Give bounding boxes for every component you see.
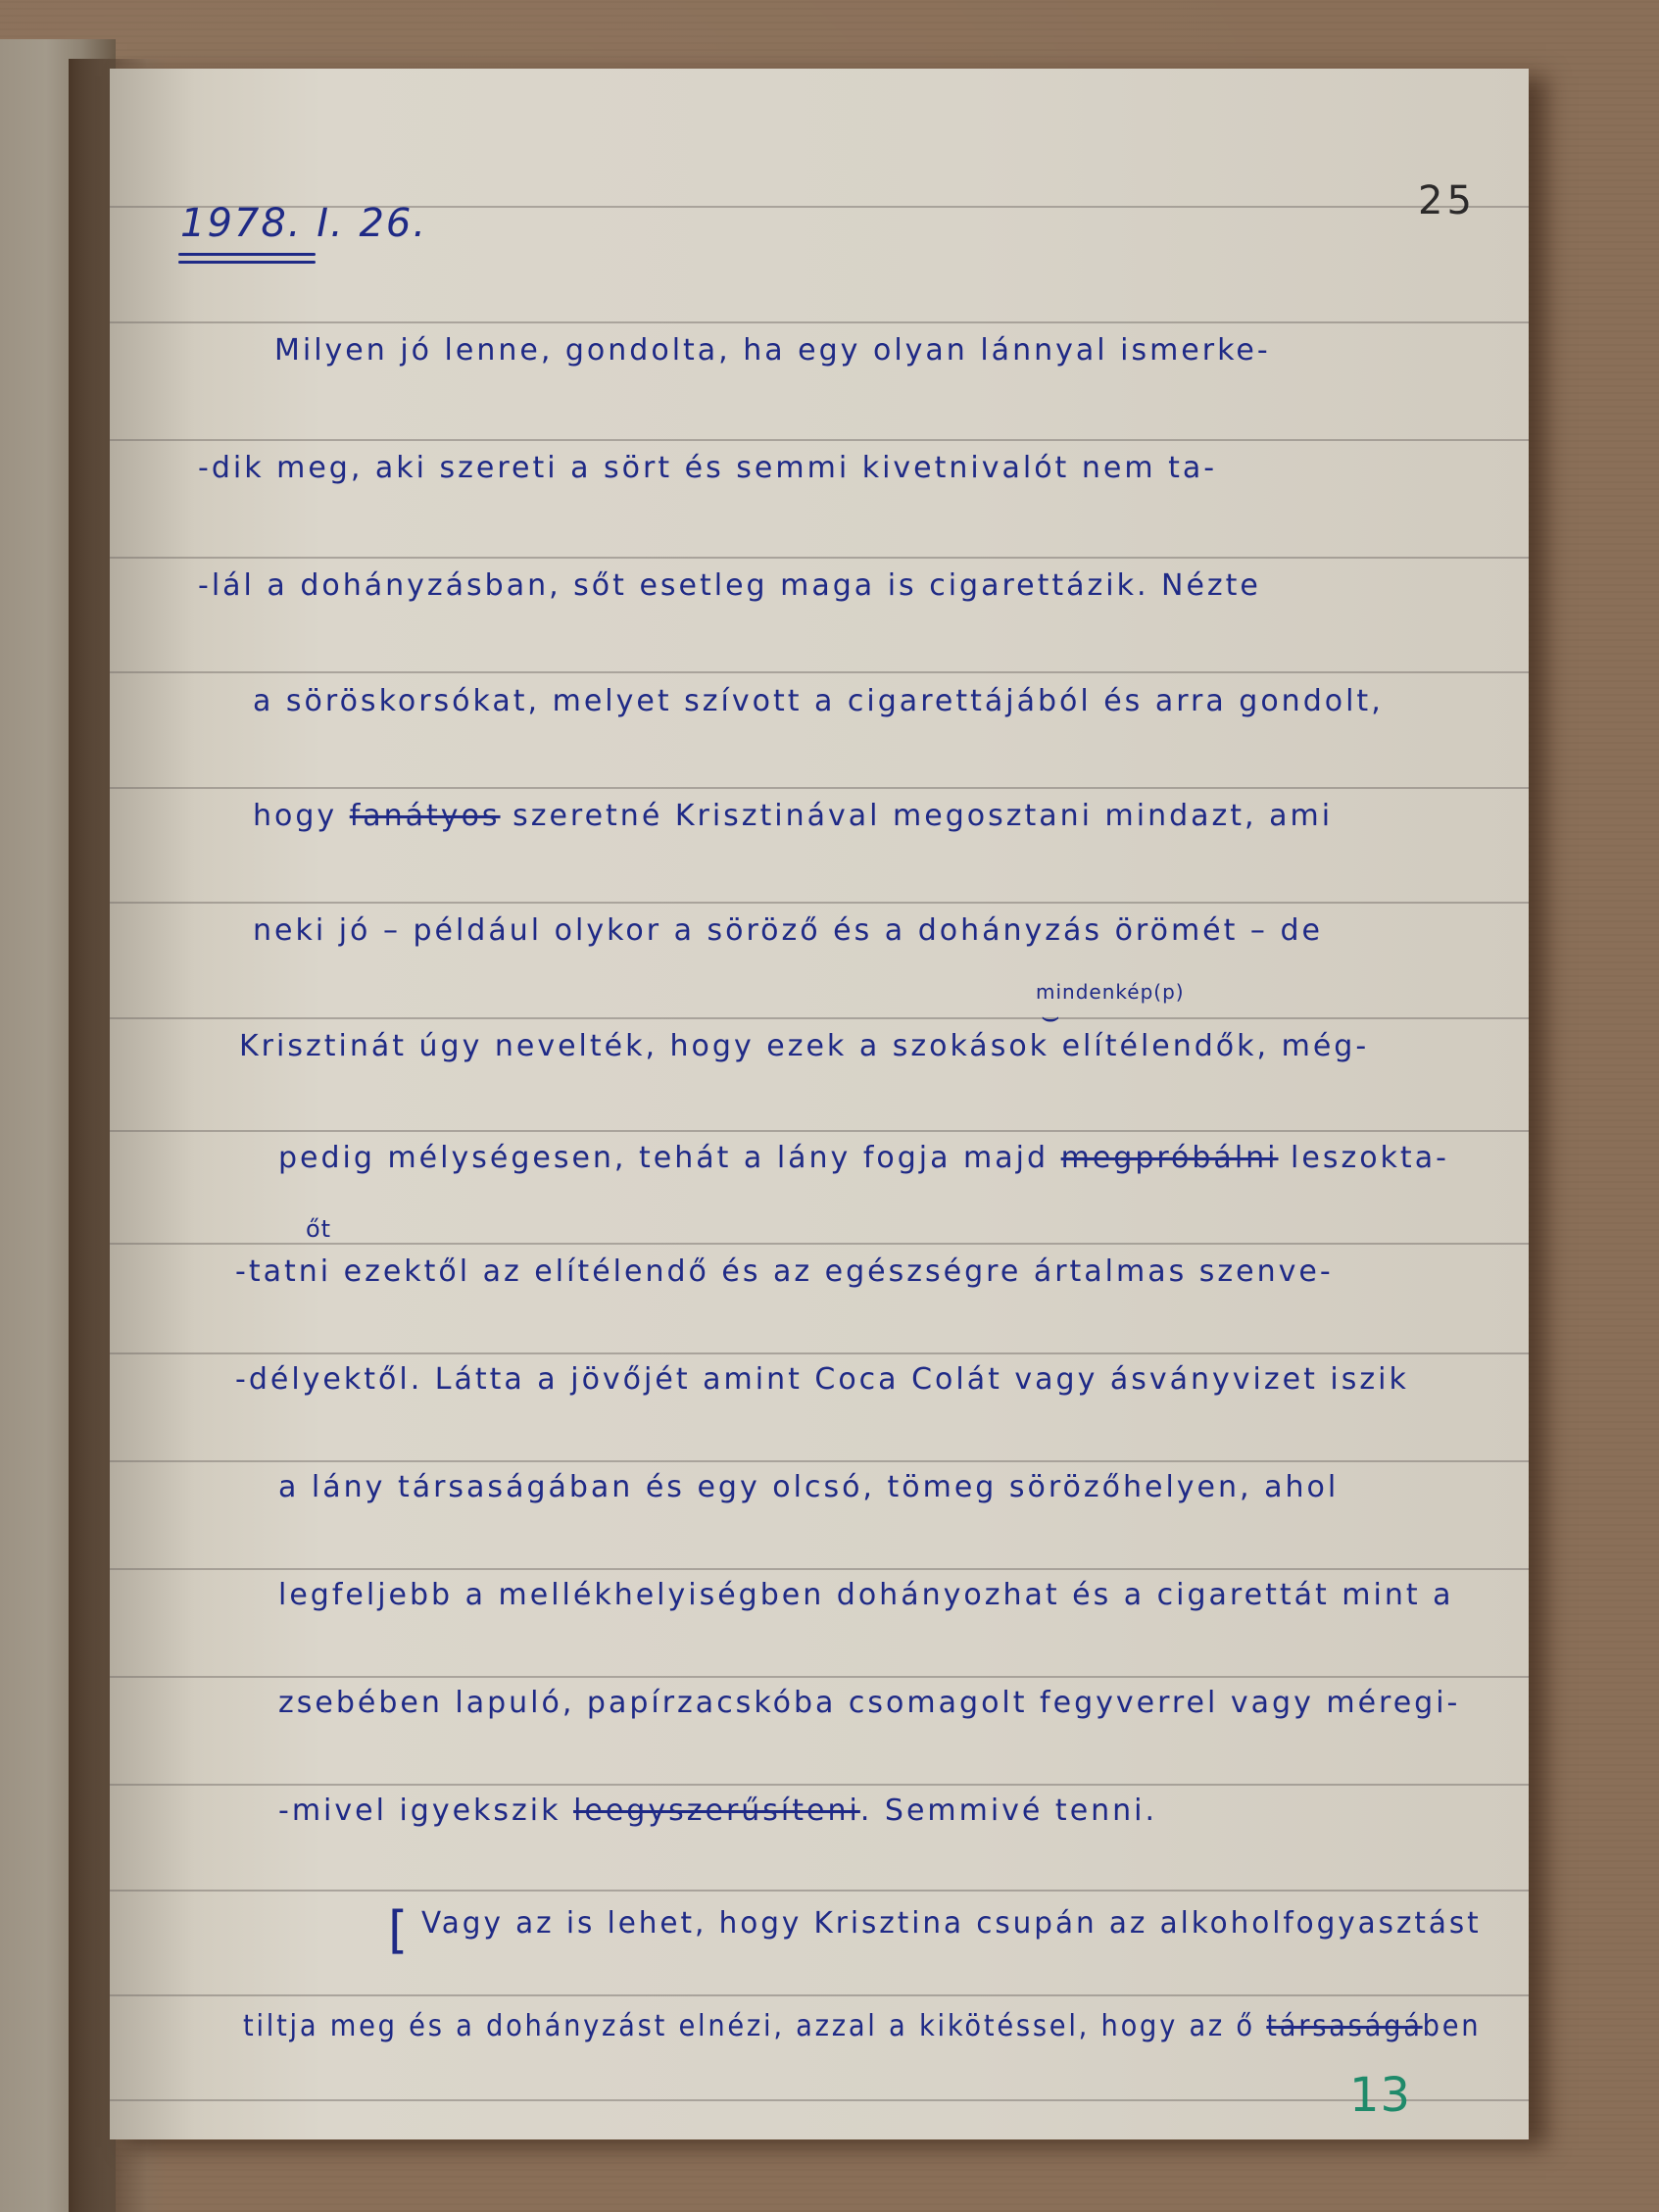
struck-word: fanátyos (350, 799, 501, 833)
ruled-line (110, 1676, 1529, 1678)
text-segment: hogy (253, 799, 350, 833)
ruled-line (110, 1890, 1529, 1892)
text-line-3: -lál a dohányzásban, sőt esetleg maga is… (198, 568, 1261, 603)
text-line-7: Krisztinát úgy nevelték, hogy ezek a szo… (239, 1029, 1369, 1063)
page-number-top: 25 (1418, 178, 1476, 223)
ruled-line (110, 557, 1529, 559)
text-line-4: a söröskorsókat, melyet szívott a cigare… (253, 684, 1384, 718)
text-line-11: a lány társaságában és egy olcsó, tömeg … (278, 1470, 1339, 1504)
text-line-5: hogy fanátyos szeretné Krisztinával mego… (253, 799, 1333, 833)
ruled-line (110, 1017, 1529, 1019)
text-segment: pedig mélységesen, tehát a lány fogja ma… (278, 1141, 1061, 1175)
text-segment: . Semmivé tenni. (860, 1794, 1157, 1828)
page-number-bottom: 13 (1349, 2068, 1411, 2123)
date-underline (178, 253, 316, 256)
insertion-note: őt (306, 1215, 331, 1243)
text-line-1: Milyen jó lenne, gondolta, ha egy olyan … (274, 333, 1271, 368)
text-segment: tiltja meg és a dohányzást elnézi, azzal… (243, 2009, 1266, 2043)
text-segment: szeretné Krisztinával megosztani mindazt… (501, 799, 1334, 833)
ruled-line (110, 1460, 1529, 1462)
ruled-line (110, 1784, 1529, 1786)
ruled-line (110, 902, 1529, 904)
ruled-line (110, 1352, 1529, 1354)
date-underline (178, 261, 316, 264)
text-segment: Krisztinát úgy nevelték, hogy ezek a szo… (239, 1029, 1062, 1063)
notebook-page: 25 1978. I. 26. Milyen jó lenne, gondolt… (110, 69, 1529, 2139)
ruled-line (110, 1130, 1529, 1132)
text-line-10: -délyektől. Látta a jövőjét amint Coca C… (235, 1362, 1409, 1397)
ruled-line (110, 787, 1529, 789)
text-segment: -mivel igyekszik (278, 1794, 573, 1828)
text-line-13: zsebében lapuló, papírzacskóba csomagolt… (278, 1686, 1460, 1720)
date-heading: 1978. I. 26. (180, 201, 427, 246)
struck-word: leegyszerűsíteni (573, 1794, 860, 1828)
text-line-15: Vagy az is lehet, hogy Krisztina csupán … (421, 1906, 1482, 1941)
struck-word: társaságá (1266, 2009, 1422, 2043)
text-line-6: neki jó – például olykor a söröző és a d… (253, 913, 1323, 948)
text-segment: leszokta- (1279, 1141, 1449, 1175)
ruled-line (110, 321, 1529, 323)
text-line-9: -tatni ezektől az elítélendő és az egész… (235, 1254, 1334, 1289)
text-line-14: -mivel igyekszik leegyszerűsíteni. Semmi… (278, 1794, 1157, 1828)
text-line-8: pedig mélységesen, tehát a lány fogja ma… (278, 1141, 1449, 1175)
text-line-16: tiltja meg és a dohányzást elnézi, azzal… (243, 2009, 1481, 2043)
ruled-line (110, 2099, 1529, 2101)
ruled-line (110, 439, 1529, 441)
paragraph-bracket-icon: [ (388, 1901, 408, 1960)
text-line-12: legfeljebb a mellékhelyiségben dohányozh… (278, 1578, 1454, 1612)
text-segment: ben (1423, 2009, 1482, 2043)
ruled-line (110, 1568, 1529, 1570)
ruled-line (110, 671, 1529, 673)
ruled-line (110, 1243, 1529, 1245)
text-segment: elítélendők, még- (1062, 1029, 1370, 1063)
struck-word: megpróbálni (1061, 1141, 1279, 1175)
ruled-line (110, 1994, 1529, 1996)
text-line-2: -dik meg, aki szereti a sört és semmi ki… (198, 451, 1217, 485)
